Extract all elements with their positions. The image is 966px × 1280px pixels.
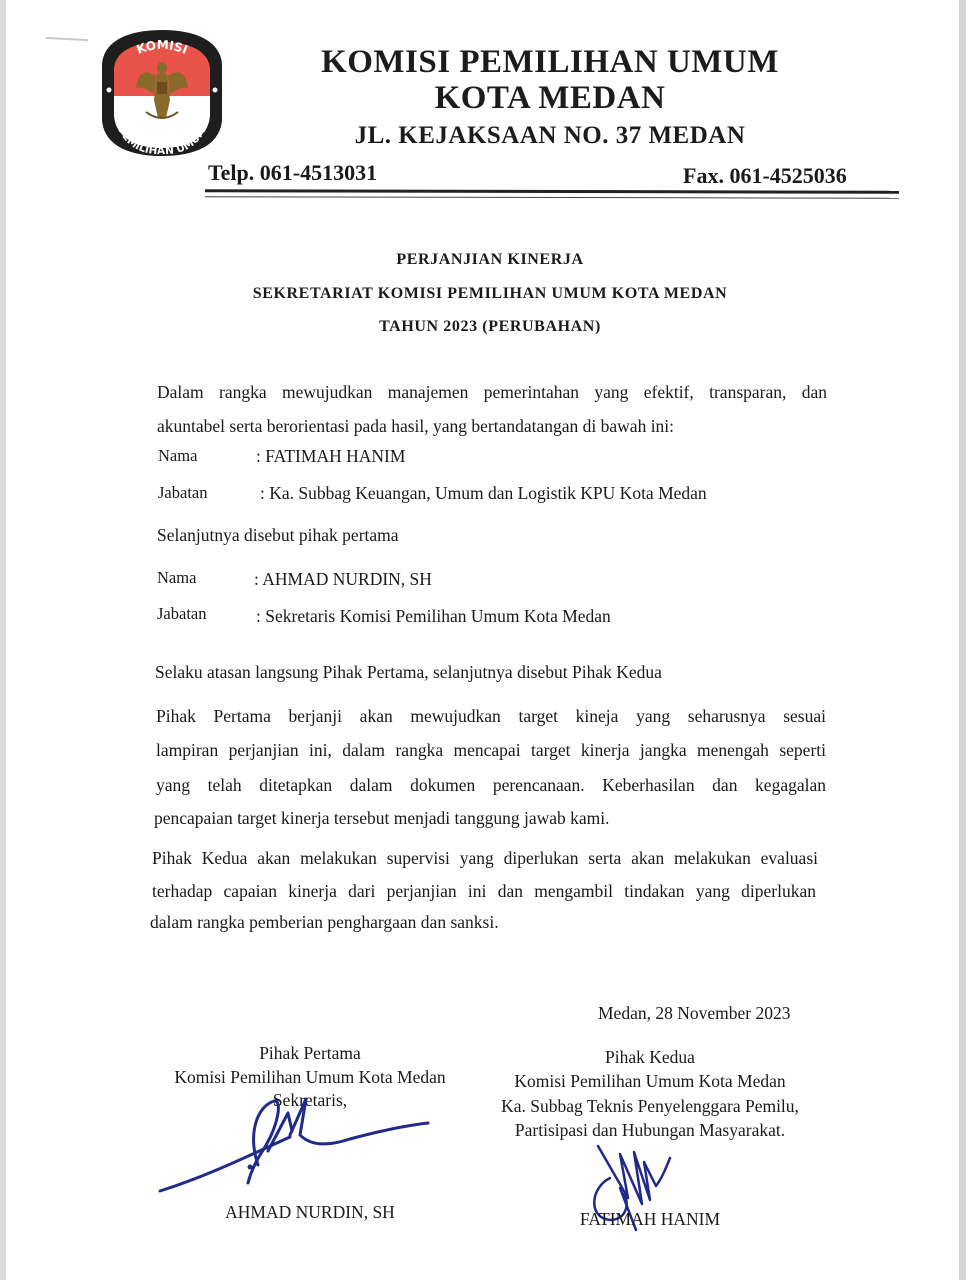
paragraph1-line-4: pencapaian target kinerja tersebut menja… bbox=[154, 808, 609, 829]
scan-artifact bbox=[46, 37, 88, 41]
kpu-logo-icon: KOMISI PEMILIHAN UMUM bbox=[100, 28, 224, 158]
paragraph2-line-1: Pihak Kedua akan melakukan supervisi yan… bbox=[152, 848, 818, 869]
page-edge-left bbox=[0, 0, 6, 1280]
org-name-line1: KOMISI PEMILIHAN UMUM bbox=[240, 44, 860, 81]
page-edge-right bbox=[959, 0, 966, 1280]
right-signatory-position-1: Ka. Subbag Teknis Penyelenggara Pemilu, bbox=[470, 1096, 830, 1117]
party2-position-label: Jabatan bbox=[157, 604, 206, 624]
signature-ahmad-nurdin bbox=[150, 1095, 440, 1200]
left-signatory-role: Pihak Pertama bbox=[160, 1043, 460, 1064]
intro-line-2: akuntabel serta berorientasi pada hasil,… bbox=[157, 416, 674, 437]
paragraph2-line-2: terhadap capaian kinerja dari perjanjian… bbox=[152, 881, 816, 902]
paragraph2-line-3: dalam rangka pemberian penghargaan dan s… bbox=[150, 912, 499, 933]
letterhead-rule-thin bbox=[205, 196, 899, 198]
intro-line-1: Dalam rangka mewujudkan manajemen pemeri… bbox=[157, 382, 827, 403]
party2-position-value: : Sekretaris Komisi Pemilihan Umum Kota … bbox=[256, 606, 611, 627]
org-name-line2: KOTA MEDAN bbox=[240, 80, 860, 117]
party1-position-label: Jabatan bbox=[158, 483, 207, 503]
party1-position-value: : Ka. Subbag Keuangan, Umum dan Logistik… bbox=[260, 483, 707, 504]
paragraph1-line-3: yang telah ditetapkan dalam dokumen pere… bbox=[156, 775, 826, 796]
party2-designation: Selaku atasan langsung Pihak Pertama, se… bbox=[155, 662, 662, 683]
paragraph1-line-1: Pihak Pertama berjanji akan mewujudkan t… bbox=[156, 706, 826, 727]
left-signatory-org: Komisi Pemilihan Umum Kota Medan bbox=[160, 1067, 460, 1088]
party1-name-label: Nama bbox=[158, 446, 197, 466]
document-year: TAHUN 2023 (PERUBAHAN) bbox=[150, 318, 830, 336]
fax: Fax. 061-4525036 bbox=[683, 163, 847, 189]
document-title: PERJANJIAN KINERJA bbox=[150, 251, 830, 269]
party2-name-label: Nama bbox=[157, 568, 196, 588]
telephone: Telp. 061-4513031 bbox=[208, 160, 377, 186]
right-signatory-org: Komisi Pemilihan Umum Kota Medan bbox=[500, 1071, 800, 1092]
paragraph1-line-2: lampiran perjanjian ini, dalam rangka me… bbox=[156, 740, 826, 761]
document-subtitle: SEKRETARIAT KOMISI PEMILIHAN UMUM KOTA M… bbox=[150, 285, 830, 303]
left-signatory-name: AHMAD NURDIN, SH bbox=[160, 1202, 460, 1223]
place-date: Medan, 28 November 2023 bbox=[598, 1003, 790, 1024]
party1-name-value: : FATIMAH HANIM bbox=[256, 446, 405, 467]
party2-name-value: : AHMAD NURDIN, SH bbox=[254, 569, 432, 590]
org-address: JL. KEJAKSAAN NO. 37 MEDAN bbox=[240, 122, 860, 150]
party1-designation: Selanjutnya disebut pihak pertama bbox=[157, 525, 399, 546]
right-signatory-role: Pihak Kedua bbox=[500, 1047, 800, 1068]
right-signatory-name: FATIMAH HANIM bbox=[500, 1209, 800, 1230]
letterhead-rule-thick bbox=[205, 189, 899, 193]
